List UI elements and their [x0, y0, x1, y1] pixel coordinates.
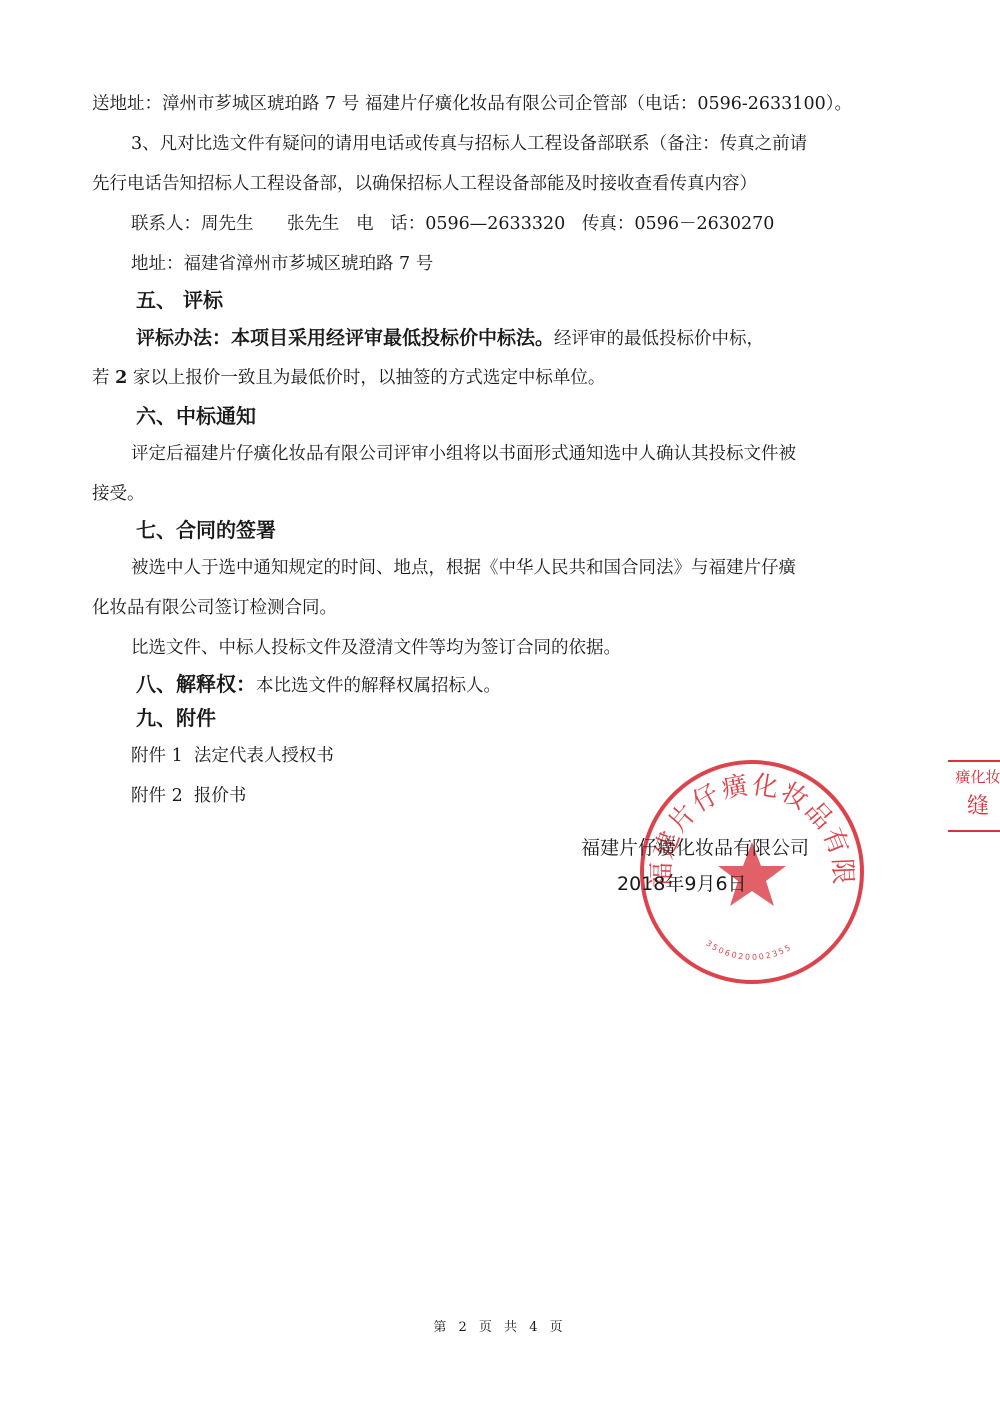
contract-line-2: 化妆品有限公司签订检测合同。: [92, 596, 337, 620]
contact-persons-line: 联系人：周先生 张先生 电 话：0596—2633320 传真：0596－263…: [131, 212, 774, 236]
contract-line-3: 比选文件、中标人投标文件及澄清文件等均为签订合同的依据。: [131, 636, 621, 660]
notification-line-2: 接受。: [92, 482, 145, 506]
signature-company: 福建片仔癀化妆品有限公司: [581, 836, 809, 860]
section-7-heading: 七、合同的签署: [136, 518, 276, 542]
inquiry-contact-line-cont: 先行电话告知招标人工程设备部，以确保招标人工程设备部能及时接收查看传真内容）: [92, 172, 757, 196]
text-prefix: 若: [92, 368, 110, 388]
section-5-heading: 五、 评标: [136, 288, 223, 312]
seam-stamp-line-1: 癀化妆: [948, 762, 1000, 792]
evaluation-method-line: 评标办法：本项目采用经评审最低投标价中标法。经评审的最低投标价中标，: [136, 326, 764, 351]
section-8-heading: 八、解释权：: [136, 672, 256, 696]
section-6-heading: 六、中标通知: [136, 404, 256, 428]
text-rest: 家以上报价一致且为最低价时，以抽签的方式选定中标单位。: [133, 368, 606, 388]
seam-stamp-line-2: 缝: [948, 792, 1000, 822]
page-number-footer: 第 2 页 共 4 页: [0, 1316, 1000, 1335]
contract-line-1: 被选中人于选中通知规定的时间、地点，根据《中华人民共和国合同法》与福建片仔癀: [131, 556, 796, 580]
section-8-text: 本比选文件的解释权属招标人。: [256, 676, 501, 696]
address-line: 地址：福建省漳州市芗城区琥珀路 7 号: [131, 252, 433, 276]
attachment-1: 附件 1 法定代表人授权书: [131, 744, 334, 768]
bidder-count: 2: [115, 368, 127, 388]
evaluation-method-bold: 评标办法：本项目采用经评审最低投标价中标法。: [136, 327, 554, 349]
svg-text:3506020002355: 3506020002355: [704, 939, 793, 962]
inquiry-contact-line: 3、凡对比选文件有疑问的请用电话或传真与招标人工程设备部联系（备注：传真之前请: [131, 132, 807, 156]
attachment-2: 附件 2 报价书: [131, 784, 246, 808]
seam-stamp: 癀化妆 缝: [948, 760, 1000, 832]
seal-code: 3506020002355: [704, 939, 793, 962]
evaluation-method-rest: 经评审的最低投标价中标，: [554, 329, 764, 349]
evaluation-method-line-2: 若 2 家以上报价一致且为最低价时，以抽签的方式选定中标单位。: [92, 366, 605, 390]
notification-line-1: 评定后福建片仔癀化妆品有限公司评审小组将以书面形式通知选中人确认其投标文件被: [131, 442, 796, 466]
section-8: 八、解释权：本比选文件的解释权属招标人。: [136, 672, 501, 698]
signature-date: 2018年9月6日: [617, 872, 747, 896]
section-9-heading: 九、附件: [136, 706, 216, 730]
delivery-address-line: 送地址：漳州市芗城区琥珀路 7 号 福建片仔癀化妆品有限公司企管部（电话：059…: [92, 92, 852, 116]
